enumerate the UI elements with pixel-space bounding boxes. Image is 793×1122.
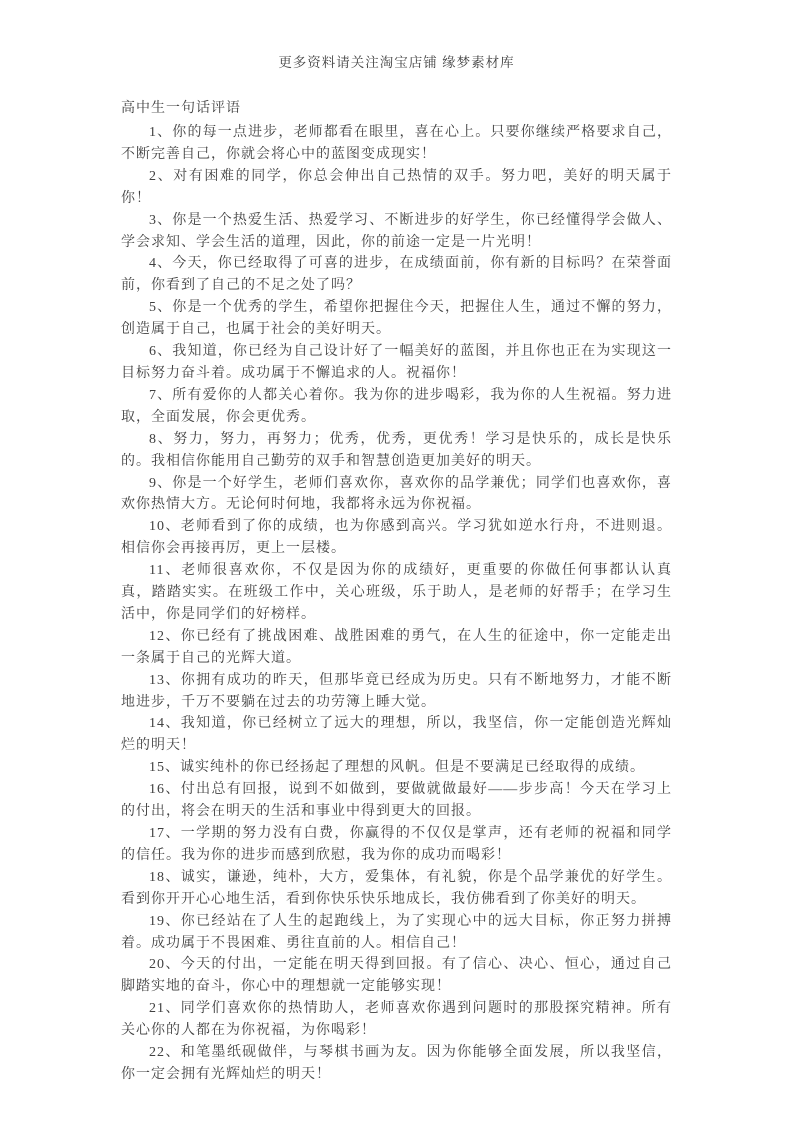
comment-paragraph: 12、你已经有了挑战困难、战胜困难的勇气，在人生的征途中，你一定能走出一条属于自… — [121, 626, 672, 670]
comment-paragraph: 7、所有爱你的人都关心着你。我为你的进步喝彩，我为你的人生祝福。努力进取，全面发… — [121, 385, 672, 429]
comment-paragraph: 10、老师看到了你的成绩，也为你感到高兴。学习犹如逆水行舟，不进则退。相信你会再… — [121, 516, 672, 560]
comment-paragraph: 22、和笔墨纸砚做伴，与琴棋书画为友。因为你能够全面发展，所以我坚信，你一定会拥… — [121, 1042, 672, 1086]
doc-title: 高中生一句话评语 — [121, 99, 672, 119]
header-note: 更多资料请关注淘宝店铺 缘梦素材库 — [121, 54, 672, 72]
comment-paragraph: 21、同学们喜欢你的热情助人，老师喜欢你遇到问题时的那股探究精神。所有关心你的人… — [121, 998, 672, 1042]
comment-paragraph: 2、对有困难的同学，你总会伸出自己热情的双手。努力吧，美好的明天属于你！ — [121, 166, 672, 210]
comment-paragraph: 9、你是一个好学生，老师们喜欢你，喜欢你的品学兼优；同学们也喜欢你，喜欢你热情大… — [121, 473, 672, 517]
comment-paragraph: 5、你是一个优秀的学生，希望你把握住今天，把握住人生，通过不懈的努力，创造属于自… — [121, 297, 672, 341]
comment-paragraph: 19、你已经站在了人生的起跑线上，为了实现心中的远大目标，你正努力拼搏着。成功属… — [121, 911, 672, 955]
comment-paragraph: 3、你是一个热爱生活、热爱学习、不断进步的好学生，你已经懂得学会做人、学会求知、… — [121, 210, 672, 254]
comment-paragraph: 17、一学期的努力没有白费，你赢得的不仅仅是掌声，还有老师的祝福和同学的信任。我… — [121, 823, 672, 867]
comment-paragraph: 4、今天，你已经取得了可喜的进步，在成绩面前，你有新的目标吗？在荣誉面前，你看到… — [121, 253, 672, 297]
comment-paragraph: 13、你拥有成功的昨天，但那毕竟已经成为历史。只有不断地努力，才能不断地进步，千… — [121, 670, 672, 714]
comment-paragraph: 18、诚实，谦逊，纯朴，大方，爱集体，有礼貌，你是个品学兼优的好学生。看到你开开… — [121, 867, 672, 911]
comment-paragraph: 1、你的每一点进步，老师都看在眼里，喜在心上。只要你继续严格要求自己，不断完善自… — [121, 122, 672, 166]
comment-paragraph: 15、诚实纯朴的你已经扬起了理想的风帆。但是不要满足已经取得的成绩。 — [121, 757, 672, 779]
comment-paragraph: 8、努力，努力，再努力；优秀，优秀，更优秀！学习是快乐的，成长是快乐的。我相信你… — [121, 429, 672, 473]
comment-paragraph: 14、我知道，你已经树立了远大的理想，所以，我坚信，你一定能创造光辉灿烂的明天！ — [121, 713, 672, 757]
comment-paragraph: 11、老师很喜欢你，不仅是因为你的成绩好，更重要的你做任何事都认认真真，踏踏实实… — [121, 560, 672, 626]
comment-paragraph: 20、今天的付出，一定能在明天得到回报。有了信心、决心、恒心，通过自己脚踏实地的… — [121, 954, 672, 998]
comment-list: 1、你的每一点进步，老师都看在眼里，喜在心上。只要你继续严格要求自己，不断完善自… — [121, 122, 672, 1086]
comment-paragraph: 6、我知道，你已经为自己设计好了一幅美好的蓝图，并且你也正在为实现这一目标努力奋… — [121, 341, 672, 385]
document-page: 更多资料请关注淘宝店铺 缘梦素材库 高中生一句话评语 1、你的每一点进步，老师都… — [0, 0, 793, 1122]
comment-paragraph: 16、付出总有回报，说到不如做到，要做就做最好——步步高！今天在学习上的付出，将… — [121, 779, 672, 823]
